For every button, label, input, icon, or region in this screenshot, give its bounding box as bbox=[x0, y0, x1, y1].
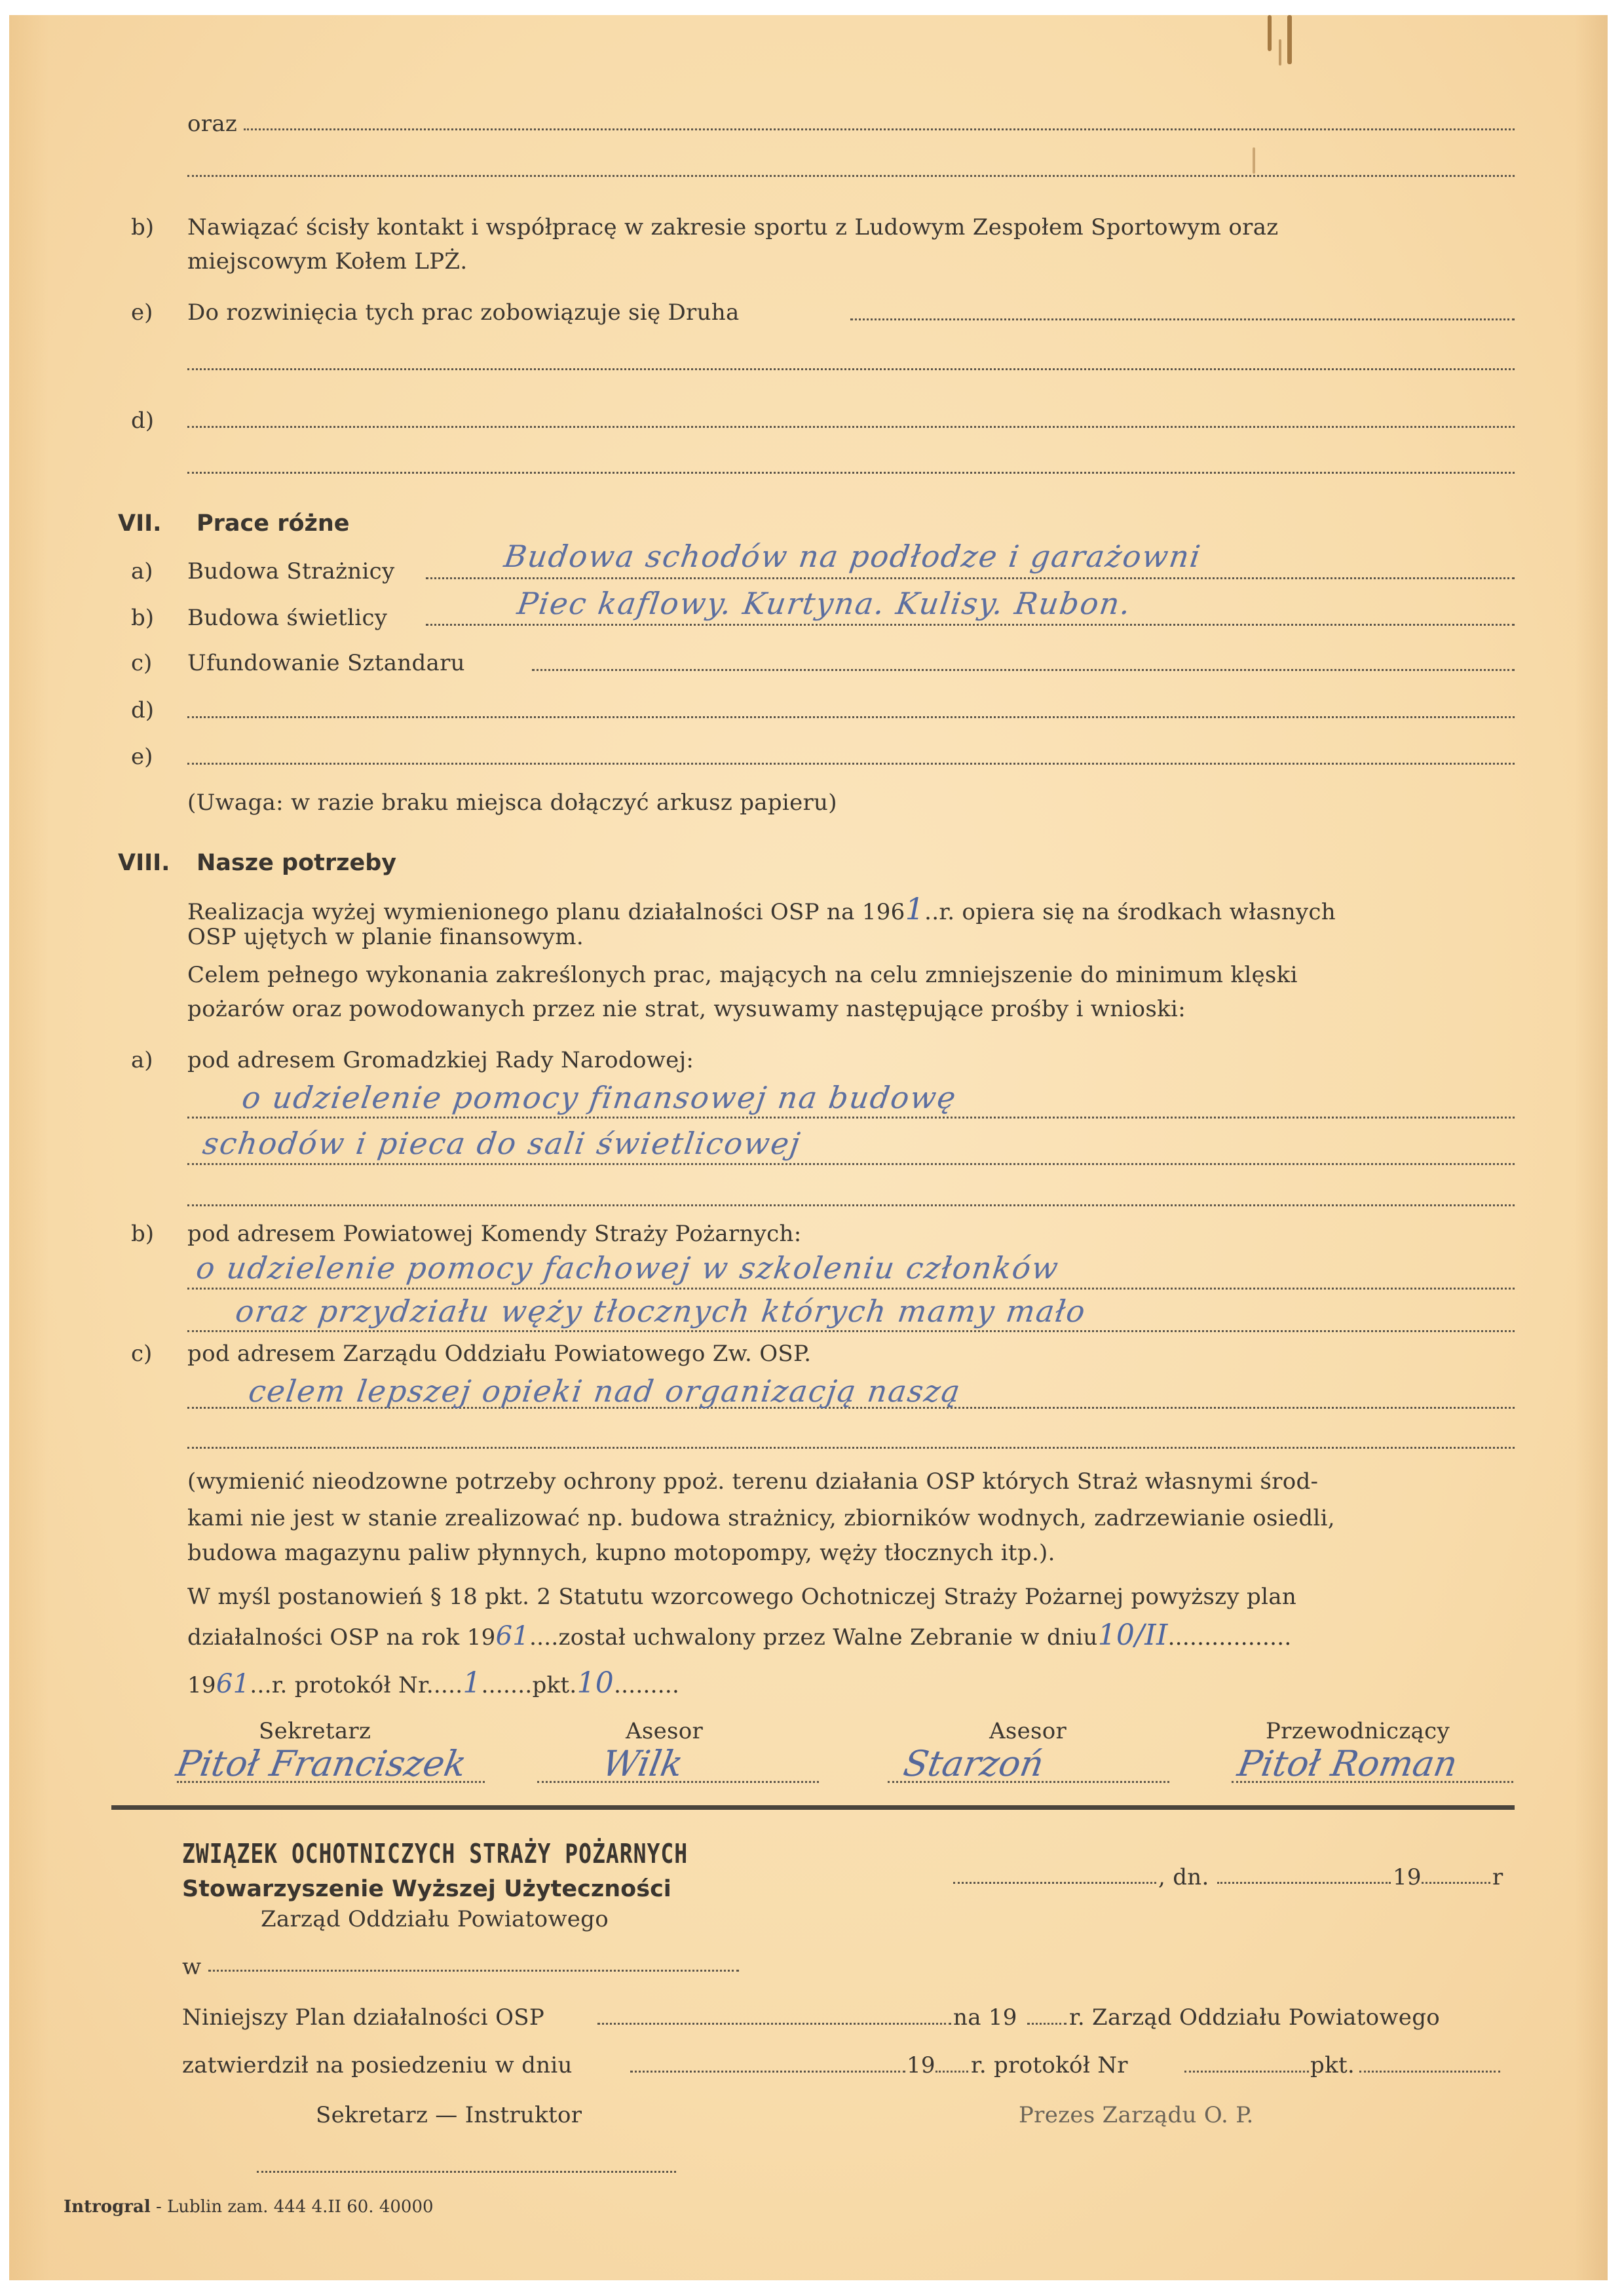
approval-text: na 19 bbox=[953, 2006, 1017, 2029]
signature-line[interactable] bbox=[257, 2171, 676, 2173]
year-suffix: r bbox=[1492, 1866, 1503, 1888]
item-marker: d) bbox=[131, 699, 154, 721]
item-marker: b) bbox=[131, 1223, 154, 1245]
statute-line: 1961...r. protokół Nr.....1.......pkt.10… bbox=[187, 1669, 679, 1698]
text: został uchwalony przez Walne Zebranie w … bbox=[559, 1624, 1098, 1651]
hint-line: (wymienić nieodzowne potrzeby ochrony pp… bbox=[187, 1470, 1318, 1493]
signature-role: Sekretarz — Instruktor bbox=[316, 2104, 582, 2126]
fill-line[interactable] bbox=[532, 669, 1515, 671]
fill-line[interactable] bbox=[187, 1447, 1515, 1449]
ink-stain bbox=[1253, 147, 1255, 174]
approval-text: Niniejszy Plan działalności OSP bbox=[182, 2006, 544, 2029]
item-marker: c) bbox=[131, 652, 152, 674]
divider bbox=[111, 1805, 1515, 1810]
section-number: VII. bbox=[118, 512, 161, 535]
date-field[interactable] bbox=[1217, 1882, 1391, 1884]
item-label: Ufundowanie Sztandaru bbox=[187, 652, 465, 674]
org-unit: Zarząd Oddziału Powiatowego bbox=[261, 1908, 609, 1930]
text: Realizacja wyżej wymienionego planu dzia… bbox=[187, 899, 905, 925]
approval-text: r. Zarząd Oddziału Powiatowego bbox=[1069, 2006, 1440, 2029]
year-field[interactable] bbox=[935, 2071, 968, 2073]
text: r. opiera się na środkach własnych bbox=[939, 899, 1336, 925]
handwritten-entry[interactable]: oraz przydziału węży tłocznych których m… bbox=[234, 1296, 1088, 1326]
fill-line[interactable] bbox=[187, 368, 1515, 370]
fill-line[interactable] bbox=[187, 716, 1515, 718]
printer-name: Introgral bbox=[64, 2197, 151, 2217]
item-text: Do rozwinięcia tych prac zobowiązuje się… bbox=[187, 301, 740, 324]
item-marker: e) bbox=[131, 301, 153, 324]
w-label: w bbox=[182, 1956, 201, 1978]
section-title: Prace różne bbox=[197, 512, 350, 535]
pkt-field[interactable] bbox=[1359, 2071, 1500, 2073]
signature: Starzoń bbox=[901, 1746, 1046, 1782]
oraz-label: oraz bbox=[187, 113, 237, 135]
item-marker: b) bbox=[131, 216, 154, 239]
hint-line: budowa magazynu paliw płynnych, kupno mo… bbox=[187, 1542, 1055, 1564]
handwritten-entry[interactable]: celem lepszej opieki nad organizacją nas… bbox=[247, 1376, 963, 1406]
fill-line[interactable] bbox=[426, 577, 1515, 579]
signature-role: Asesor bbox=[989, 1720, 1067, 1742]
handwritten-date[interactable]: 10/II bbox=[1098, 1618, 1168, 1652]
handwritten-entry[interactable]: schodów i pieca do sali świetlicowej bbox=[201, 1128, 803, 1158]
signature: Pitoł Roman bbox=[1235, 1746, 1460, 1782]
item-marker: b) bbox=[131, 607, 154, 629]
section-title: Nasze potrzeby bbox=[197, 852, 396, 875]
signature-role: Asesor bbox=[626, 1720, 703, 1742]
approval-text: 19 bbox=[907, 2054, 935, 2076]
ink-stain bbox=[1287, 15, 1292, 64]
date-field[interactable] bbox=[630, 2071, 905, 2073]
fill-line[interactable] bbox=[187, 175, 1515, 177]
text: r. protokół Nr bbox=[272, 1672, 426, 1698]
item-marker: a) bbox=[131, 1049, 153, 1071]
text: 19 bbox=[187, 1672, 216, 1698]
place-field[interactable] bbox=[208, 1970, 739, 1972]
request-label: pod adresem Gromadzkiej Rady Narodowej: bbox=[187, 1049, 694, 1071]
request-label: pod adresem Zarządu Oddziału Powiatowego… bbox=[187, 1343, 811, 1365]
paragraph-line: Celem pełnego wykonania zakreślonych pra… bbox=[187, 964, 1298, 986]
handwritten-entry[interactable]: Budowa schodów na podłodze i garażowni bbox=[502, 541, 1203, 571]
item-text: miejscowym Kołem LPŻ. bbox=[187, 250, 467, 273]
ink-stain bbox=[1279, 39, 1281, 66]
place-field[interactable] bbox=[953, 1882, 1156, 1884]
approval-text: zatwierdził na posiedzeniu w dniu bbox=[182, 2054, 573, 2076]
fill-line[interactable] bbox=[187, 1204, 1515, 1206]
section-number: VIII. bbox=[118, 852, 170, 875]
fill-line[interactable] bbox=[597, 2023, 951, 2025]
note: (Uwaga: w razie braku miejsca dołączyć a… bbox=[187, 792, 837, 814]
handwritten-entry[interactable]: o udzielenie pomocy fachowej w szkoleniu… bbox=[195, 1253, 1061, 1283]
signature: Pitoł Franciszek bbox=[174, 1746, 469, 1782]
item-label: Budowa Strażnicy bbox=[187, 560, 395, 583]
statute-line: działalności OSP na rok 1961....został u… bbox=[187, 1621, 1292, 1650]
hint-line: kami nie jest w stanie zrealizować np. b… bbox=[187, 1507, 1335, 1529]
ink-stain bbox=[1268, 15, 1272, 51]
item-label: Budowa świetlicy bbox=[187, 607, 387, 629]
item-text: Nawiązać ścisły kontakt i współpracę w z… bbox=[187, 216, 1279, 239]
paragraph-line: OSP ujętych w planie finansowym. bbox=[187, 926, 584, 948]
request-label: pod adresem Powiatowej Komendy Straży Po… bbox=[187, 1223, 801, 1245]
fill-line[interactable] bbox=[187, 763, 1515, 765]
signature-role: Sekretarz bbox=[259, 1720, 371, 1742]
signature-role: Przewodniczący bbox=[1266, 1720, 1450, 1742]
approval-text: pkt. bbox=[1310, 2054, 1355, 2076]
handwritten-entry[interactable]: o udzielenie pomocy finansowej na budowę bbox=[240, 1082, 959, 1113]
print-order: - Lublin zam. 444 4.II 60. 40000 bbox=[156, 2197, 434, 2217]
handwritten-year[interactable]: 61 bbox=[496, 1621, 530, 1651]
item-marker: d) bbox=[131, 410, 154, 432]
text: pkt. bbox=[532, 1672, 576, 1698]
paragraph-line: Realizacja wyżej wymienionego planu dzia… bbox=[187, 894, 1336, 924]
fill-line[interactable] bbox=[187, 1117, 1515, 1119]
fill-line[interactable] bbox=[426, 624, 1515, 626]
handwritten-entry[interactable]: Piec kaflowy. Kurtyna. Kulisy. Rubon. bbox=[516, 588, 1133, 619]
item-marker: e) bbox=[131, 746, 153, 768]
handwritten-pkt[interactable]: 10 bbox=[576, 1666, 614, 1700]
year-field[interactable] bbox=[1422, 1882, 1490, 1884]
paragraph-line: pożarów oraz powodowanych przez nie stra… bbox=[187, 998, 1186, 1020]
fill-line[interactable] bbox=[187, 1288, 1515, 1290]
protocol-field[interactable] bbox=[1184, 2071, 1309, 2073]
year-prefix: 19 bbox=[1393, 1866, 1422, 1888]
fill-line[interactable] bbox=[850, 318, 1515, 320]
fill-line[interactable] bbox=[187, 472, 1515, 474]
handwritten-year[interactable]: 61 bbox=[216, 1669, 250, 1699]
year-field[interactable] bbox=[1027, 2023, 1067, 2025]
statute-line: W myśl postanowień § 18 pkt. 2 Statutu w… bbox=[187, 1586, 1296, 1608]
org-name: ZWIĄZEK OCHOTNICZYCH STRAŻY POŻARNYCH bbox=[182, 1840, 688, 1867]
item-marker: c) bbox=[131, 1343, 152, 1365]
printer-imprint: Introgral - Lublin zam. 444 4.II 60. 400… bbox=[64, 2198, 434, 2215]
fill-line[interactable] bbox=[187, 1163, 1515, 1165]
fill-line[interactable] bbox=[187, 1330, 1515, 1332]
date-label: , dn. bbox=[1158, 1866, 1209, 1888]
fill-line[interactable] bbox=[244, 128, 1515, 130]
handwritten-year[interactable]: 1 bbox=[905, 891, 925, 927]
org-subtitle: Stowarzyszenie Wyższej Użyteczności bbox=[182, 1878, 671, 1901]
fill-line[interactable] bbox=[187, 426, 1515, 428]
text: działalności OSP na rok 19 bbox=[187, 1624, 496, 1651]
approval-text: r. protokół Nr bbox=[971, 2054, 1128, 2076]
signature-role: Prezes Zarządu O. P. bbox=[1019, 2104, 1254, 2126]
signature: Wilk bbox=[599, 1746, 685, 1782]
handwritten-protocol-no[interactable]: 1 bbox=[463, 1666, 481, 1700]
item-marker: a) bbox=[131, 560, 153, 583]
